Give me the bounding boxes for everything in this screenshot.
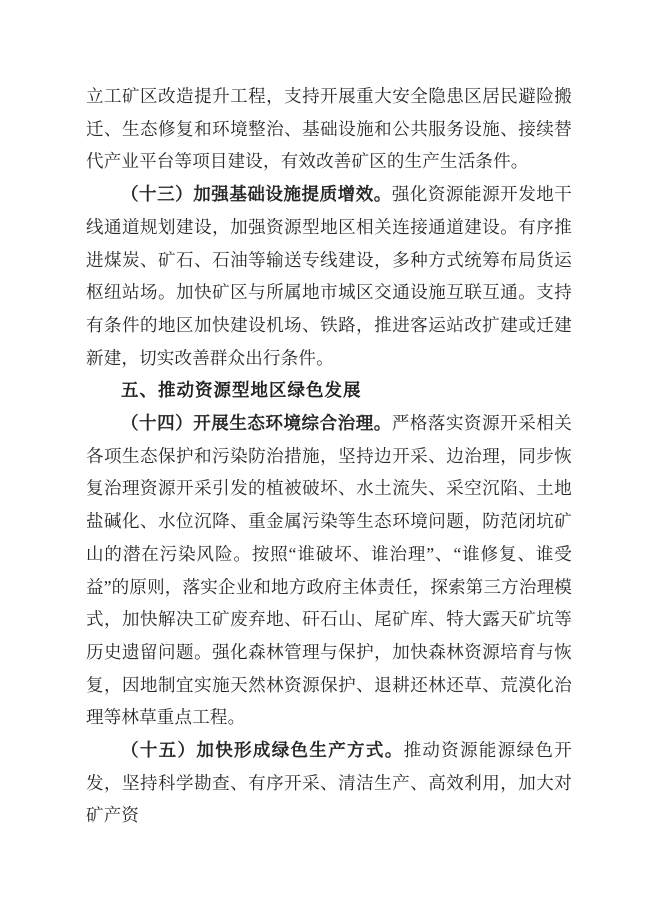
paragraph-clause-14-body: 严格落实资源开采相关各项生态保护和污染防治措施，坚持边开采、边治理，同步恢复治理… bbox=[86, 413, 572, 727]
paragraph-clause-15-lead: （十五）加快形成绿色生产方式。 bbox=[121, 740, 404, 760]
section-heading-5: 五、推动资源型地区绿色发展 bbox=[86, 374, 572, 407]
paragraph-continuation: 立工矿区改造提升工程，支持开展重大安全隐患区居民避险搬迁、生态修复和环境整治、基… bbox=[86, 80, 572, 178]
paragraph-clause-14-lead: （十四）开展生态环境综合治理。 bbox=[121, 413, 392, 433]
paragraph-clause-13-lead: （十三）加强基础设施提质增效。 bbox=[121, 184, 392, 204]
paragraph-clause-13-body: 强化资源能源开发地干线通道规划建设，加强资源型地区相关连接通道建设。有序推进煤炭… bbox=[86, 184, 572, 368]
paragraph-clause-14: （十四）开展生态环境综合治理。严格落实资源开采相关各项生态保护和污染防治措施，坚… bbox=[86, 407, 572, 734]
paragraph-clause-13: （十三）加强基础设施提质增效。强化资源能源开发地干线通道规划建设，加强资源型地区… bbox=[86, 178, 572, 374]
document-page: 立工矿区改造提升工程，支持开展重大安全隐患区居民避险搬迁、生态修复和环境整治、基… bbox=[0, 0, 656, 900]
paragraph-clause-15: （十五）加快形成绿色生产方式。推动资源能源绿色开发，坚持科学勘查、有序开采、清洁… bbox=[86, 734, 572, 832]
